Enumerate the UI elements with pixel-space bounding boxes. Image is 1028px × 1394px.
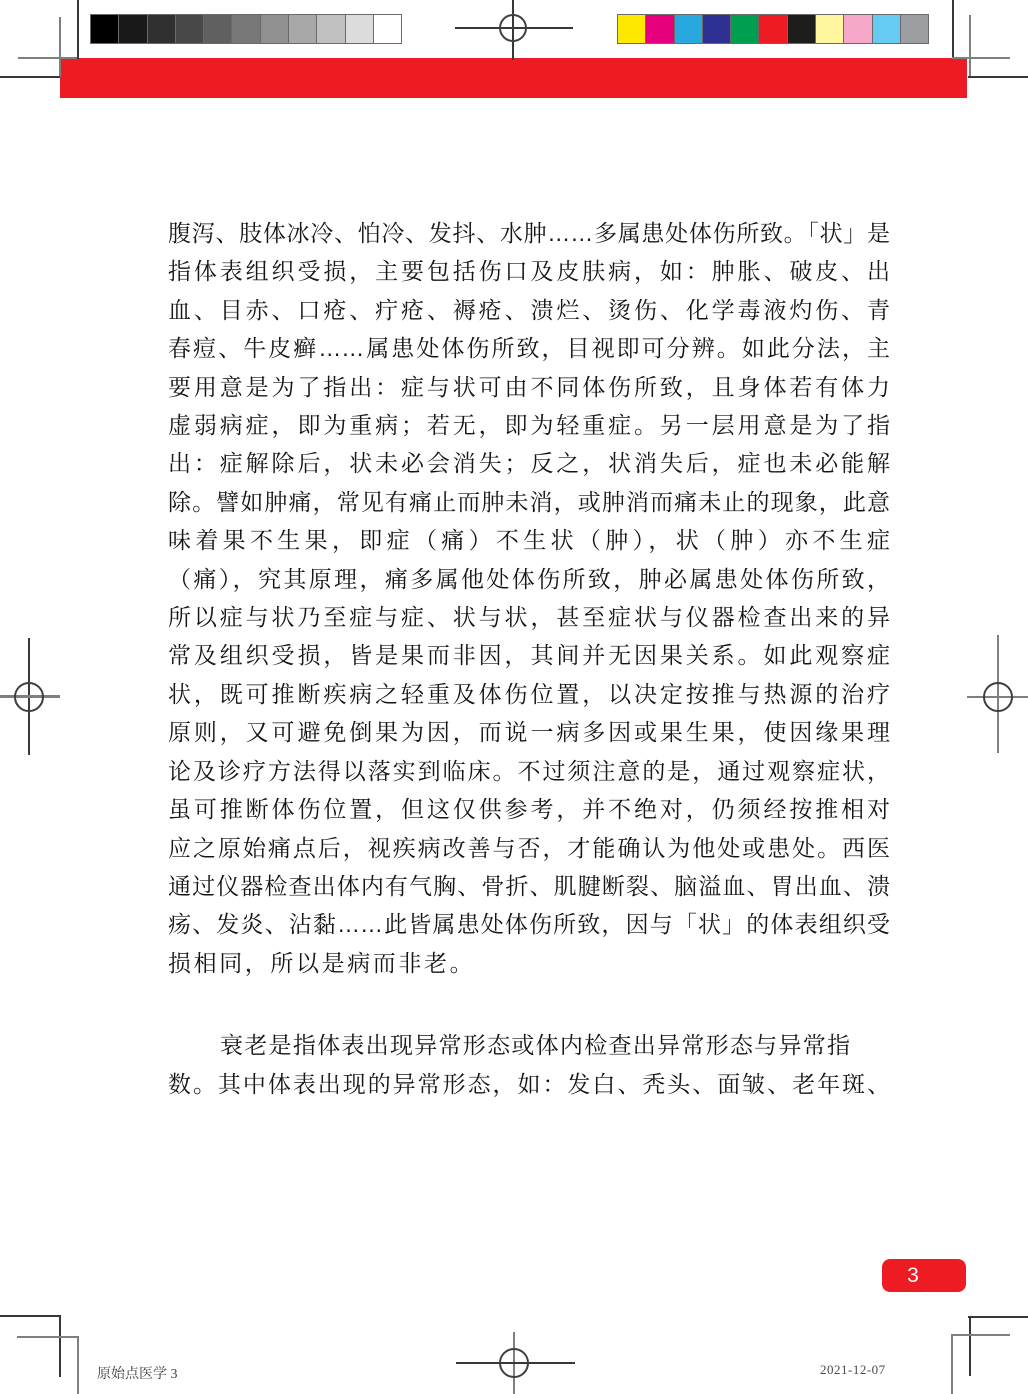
text-line: 通过仪器检查出体内有气胸、骨折、肌腱断裂、脑溢血、胃出血、溃 (168, 867, 890, 905)
text-line: 论及诊疗方法得以落实到临床。不过须注意的是，通过观察症状， (168, 752, 890, 790)
calibration-swatch (645, 14, 674, 44)
calibration-swatch (90, 14, 119, 44)
text-line: 损相同，所以是病而非老。 (168, 944, 890, 982)
text-line: （痛），究其原理，痛多属他处体伤所致，肿必属患处体伤所致， (168, 560, 890, 598)
paragraph: 腹泻、肢体冰冷、怕冷、发抖、水肿……多属患处体伤所致。「状」是指体表组织受损，主… (168, 214, 890, 982)
calibration-swatch (900, 14, 929, 44)
crop-mark (59, 1315, 61, 1377)
calibration-swatch (787, 14, 816, 44)
calibration-swatch (702, 14, 731, 44)
text-line: 指体表组织受损，主要包括伤口及皮肤病，如：肿胀、破皮、出 (168, 252, 890, 290)
registration-circle (983, 682, 1013, 712)
page-number: 3 (907, 1264, 919, 1288)
footer-book-title: 原始点医学 3 (97, 1363, 178, 1383)
text-line: 常及组织受损，皆是果而非因，其间并无因果关系。如此观察症 (168, 636, 890, 674)
text-line: 出：症解除后，状未必会消失；反之，状消失后，症也未必能解 (168, 444, 890, 482)
calibration-swatch (203, 14, 232, 44)
calibration-swatch (175, 14, 204, 44)
header-red-banner (60, 58, 967, 98)
calibration-swatch (147, 14, 176, 44)
calibration-swatch (231, 14, 260, 44)
calibration-swatch (758, 14, 787, 44)
crop-mark (968, 76, 1028, 78)
text-line: 疡、发炎、沾黏……此皆属患处体伤所致，因与「状」的体表组织受 (168, 905, 890, 943)
calibration-swatch (730, 14, 759, 44)
crop-mark (968, 1316, 1028, 1318)
text-line: 味着果不生果，即症（痛）不生状（肿），状（肿）亦不生症 (168, 521, 890, 559)
text-line: 腹泻、肢体冰冷、怕冷、发抖、水肿……多属患处体伤所致。「状」是 (168, 214, 890, 252)
text-line: 要用意是为了指出：症与状可由不同体伤所致，且身体若有体力 (168, 368, 890, 406)
calibration-swatch (674, 14, 703, 44)
crop-mark (952, 57, 1010, 59)
registration-circle (14, 682, 44, 712)
crop-mark (969, 1316, 971, 1376)
footer-date: 2021-12-07 (820, 1362, 886, 1378)
text-line: 虚弱病症，即为重病；若无，即为轻重症。另一层用意是为了指 (168, 406, 890, 444)
color-calibration-bar (617, 14, 929, 44)
calibration-swatch (260, 14, 289, 44)
paragraph: 衰老是指体表出现异常形态或体内检查出异常形态与异常指数。其中体表出现的异常形态，… (168, 1026, 890, 1103)
calibration-swatch (815, 14, 844, 44)
crop-mark (951, 1334, 953, 1394)
page-number-badge: 3 (882, 1259, 966, 1292)
calibration-swatch (617, 14, 646, 44)
calibration-swatch (316, 14, 345, 44)
crop-mark (59, 17, 61, 77)
crop-mark (18, 57, 77, 59)
text-line: 状，既可推断疾病之轻重及体伤位置，以决定按推与热源的治疗 (168, 675, 890, 713)
crop-mark (77, 0, 79, 59)
registration-circle (499, 1348, 529, 1378)
calibration-swatch (843, 14, 872, 44)
crop-mark (951, 1334, 1010, 1336)
crop-mark (969, 15, 971, 76)
crop-mark (77, 1336, 79, 1394)
scanned-book-page: 腹泻、肢体冰冷、怕冷、发抖、水肿……多属患处体伤所致。「状」是指体表组织受损，主… (0, 0, 1028, 1394)
text-line: 血、目赤、口疮、疔疮、褥疮、溃烂、烫伤、化学毒液灼伤、青 (168, 291, 890, 329)
crop-mark (0, 76, 60, 78)
calibration-swatch (373, 14, 402, 44)
calibration-swatch (288, 14, 317, 44)
text-line: 除。譬如肿痛，常见有痛止而肿未消，或肿消而痛未止的现象，此意 (168, 483, 890, 521)
grayscale-calibration-bar (90, 14, 402, 44)
calibration-swatch (872, 14, 901, 44)
calibration-swatch (118, 14, 147, 44)
text-line: 所以症与状乃至症与症、状与状，甚至症状与仪器检查出来的异 (168, 598, 890, 636)
crop-mark (17, 1336, 77, 1338)
text-line: 原则，又可避免倒果为因，而说一病多因或果生果，使因缘果理 (168, 713, 890, 751)
crop-mark (0, 1315, 59, 1317)
body-text: 腹泻、肢体冰冷、怕冷、发抖、水肿……多属患处体伤所致。「状」是指体表组织受损，主… (168, 214, 890, 1103)
calibration-swatch (345, 14, 374, 44)
crop-mark (952, 0, 954, 58)
registration-circle (499, 14, 527, 42)
text-line: 数。其中体表出现的异常形态，如：发白、秃头、面皱、老年斑、 (168, 1065, 890, 1103)
text-line: 应之原始痛点后，视疾病改善与否，才能确认为他处或患处。西医 (168, 829, 890, 867)
text-line: 春痘、牛皮癣……属患处体伤所致，目视即可分辨。如此分法，主 (168, 329, 890, 367)
text-line: 衰老是指体表出现异常形态或体内检查出异常形态与异常指 (168, 1026, 890, 1064)
text-line: 虽可推断体伤位置，但这仅供参考，并不绝对，仍须经按推相对 (168, 790, 890, 828)
